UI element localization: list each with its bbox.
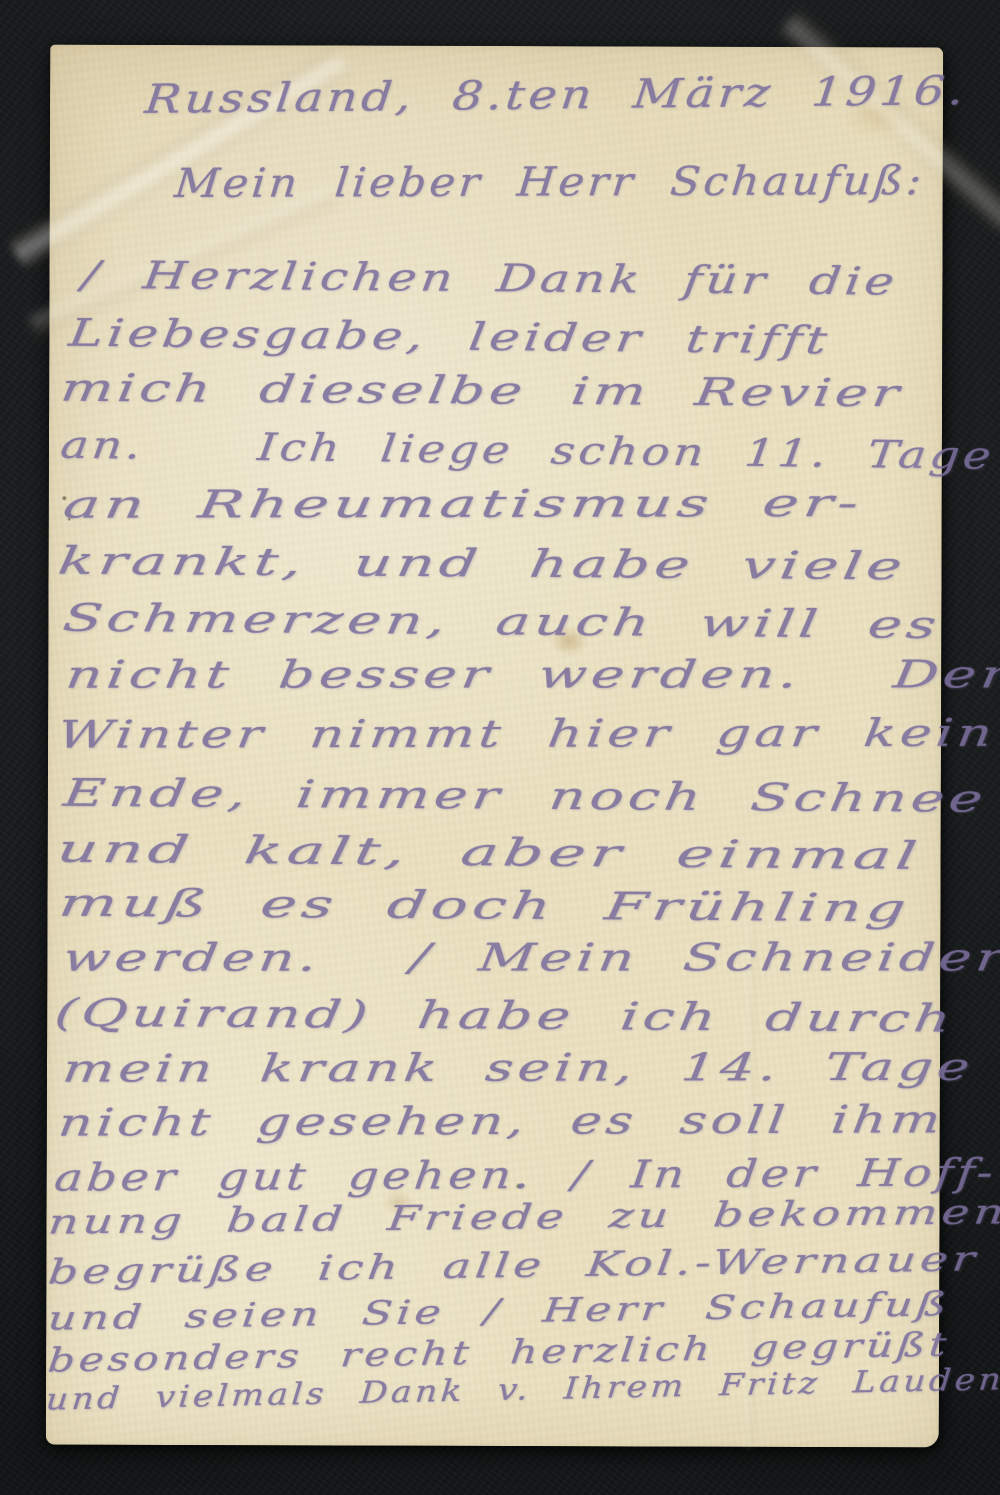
scan-background: Russland, 8.ten März 1916. Mein lieber H… <box>0 0 1000 1495</box>
handwriting-line: mich dieselbe im Revier <box>58 366 906 416</box>
letter-paper: Russland, 8.ten März 1916. Mein lieber H… <box>46 45 943 1448</box>
handwriting-line: Schmerzen, auch will es <box>60 596 943 647</box>
handwriting-line: und kalt, aber einmal <box>54 827 924 878</box>
handwriting-line: nicht besser werden. Der <box>63 652 1000 696</box>
handwriting-line: Ende, immer noch Schnee <box>61 771 990 821</box>
handwriting-line: an Rheumatismus er- <box>61 481 866 527</box>
handwriting-line: krankt, und habe viele <box>55 539 909 589</box>
handwriting-line: Liebesgabe, leider trifft <box>66 311 833 363</box>
handwriting-line: aber gut gehen. / In der Hoff- <box>52 1150 998 1199</box>
handwriting-line: werden. / Mein Schneider <box>61 935 1000 979</box>
handwriting-line: an. Ich liege schon 11. Tage <box>58 423 997 478</box>
handwriting-line: muß es doch Frühling <box>56 881 913 931</box>
handwriting-line-date: Russland, 8.ten März 1916. <box>143 68 969 123</box>
handwriting-line: / Herzlichen Dank für die <box>80 253 901 304</box>
handwriting-line-salutation: Mein lieber Herr Schaufuß: <box>173 158 927 207</box>
handwriting-line: (Quirand) habe ich durch <box>52 991 958 1041</box>
handwriting-line: nung bald Friede zu bekommen- <box>46 1192 1000 1243</box>
handwriting-line: begrüße ich alle Kol.-Wernauer <box>46 1239 981 1292</box>
handwriting-line: Winter nimmt hier gar kein <box>55 711 998 757</box>
handwriting-line: nicht gesehen, es soll ihm <box>56 1097 947 1144</box>
handwriting-line: mein krank sein, 14. Tage <box>60 1045 976 1091</box>
